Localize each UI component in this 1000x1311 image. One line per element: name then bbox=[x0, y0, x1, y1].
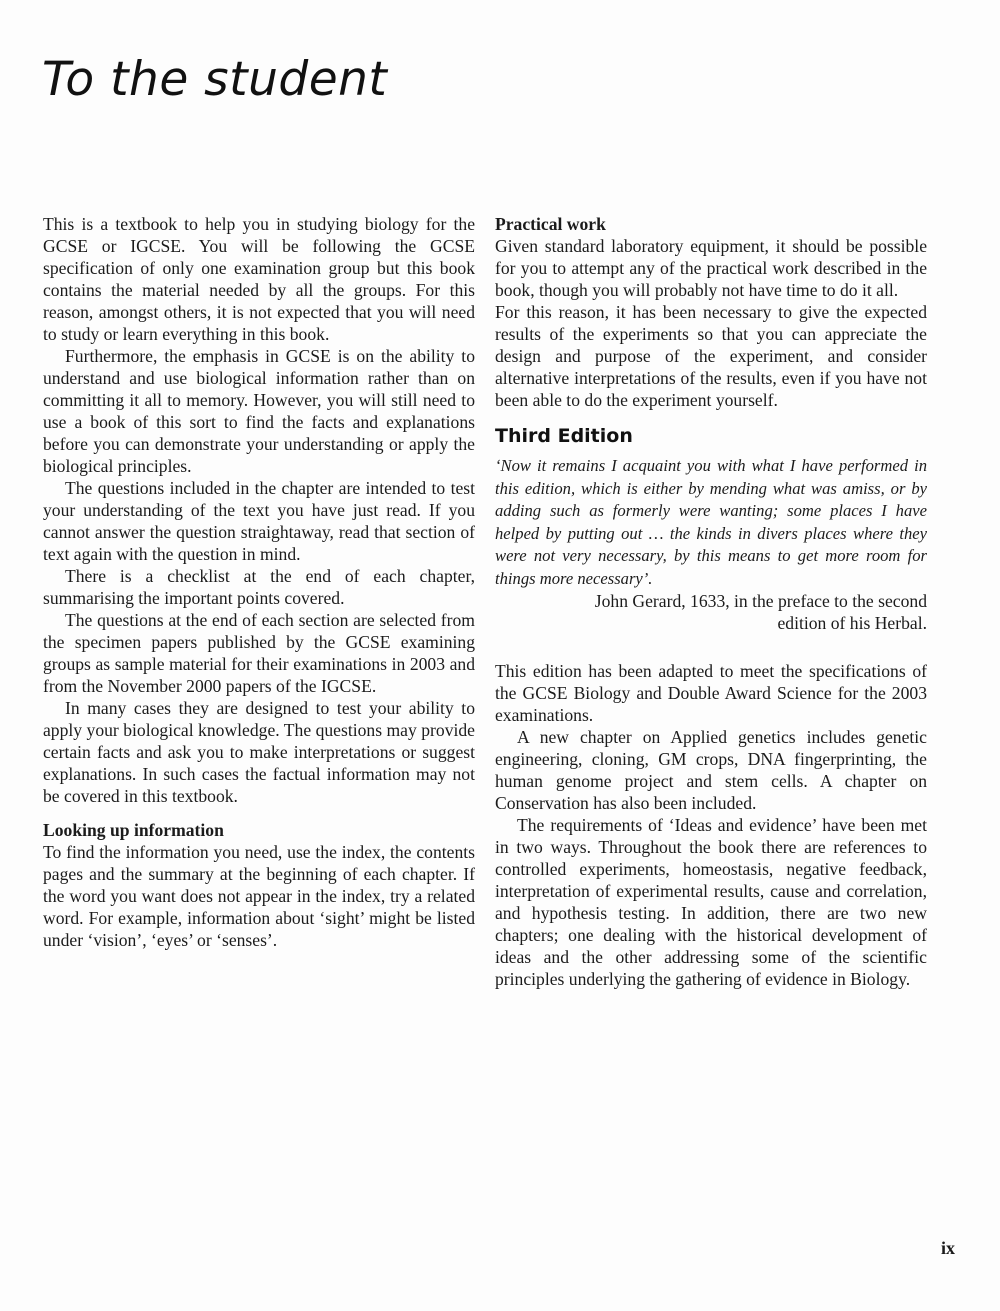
checklist-paragraph: There is a checklist at the end of each … bbox=[43, 565, 475, 609]
third-edition-heading: Third Edition bbox=[495, 423, 927, 449]
gerard-quote: ‘Now it remains I acquaint you with what… bbox=[495, 455, 927, 590]
ideas-evidence-paragraph: The requirements of ‘Ideas and evidence’… bbox=[495, 814, 927, 990]
applied-genetics-paragraph: A new chapter on Applied genetics includ… bbox=[495, 726, 927, 814]
spacer bbox=[43, 807, 475, 819]
looking-up-heading: Looking up information bbox=[43, 819, 475, 841]
emphasis-paragraph: Furthermore, the emphasis in GCSE is on … bbox=[43, 345, 475, 477]
right-column: Practical work Given standard laboratory… bbox=[495, 213, 927, 990]
edition-adapted-paragraph: This edition has been adapted to meet th… bbox=[495, 660, 927, 726]
page-title: To the student bbox=[42, 52, 387, 107]
spacer bbox=[495, 634, 927, 660]
page-number: ix bbox=[941, 1238, 955, 1259]
attribution-line-1: John Gerard, 1633, in the preface to the… bbox=[555, 590, 927, 612]
intro-paragraph: This is a textbook to help you in studyi… bbox=[43, 213, 475, 345]
left-column: This is a textbook to help you in studyi… bbox=[43, 213, 475, 951]
section-questions-paragraph: The questions at the end of each section… bbox=[43, 609, 475, 697]
expected-results-paragraph: For this reason, it has been necessary t… bbox=[495, 301, 927, 411]
quote-attribution: John Gerard, 1633, in the preface to the… bbox=[495, 590, 927, 634]
practical-work-heading: Practical work bbox=[495, 213, 927, 235]
practical-work-paragraph: Given standard laboratory equipment, it … bbox=[495, 235, 927, 301]
attribution-line-2: edition of his Herbal. bbox=[555, 612, 927, 634]
ability-paragraph: In many cases they are designed to test … bbox=[43, 697, 475, 807]
chapter-questions-paragraph: The questions included in the chapter ar… bbox=[43, 477, 475, 565]
looking-up-paragraph: To find the information you need, use th… bbox=[43, 841, 475, 951]
